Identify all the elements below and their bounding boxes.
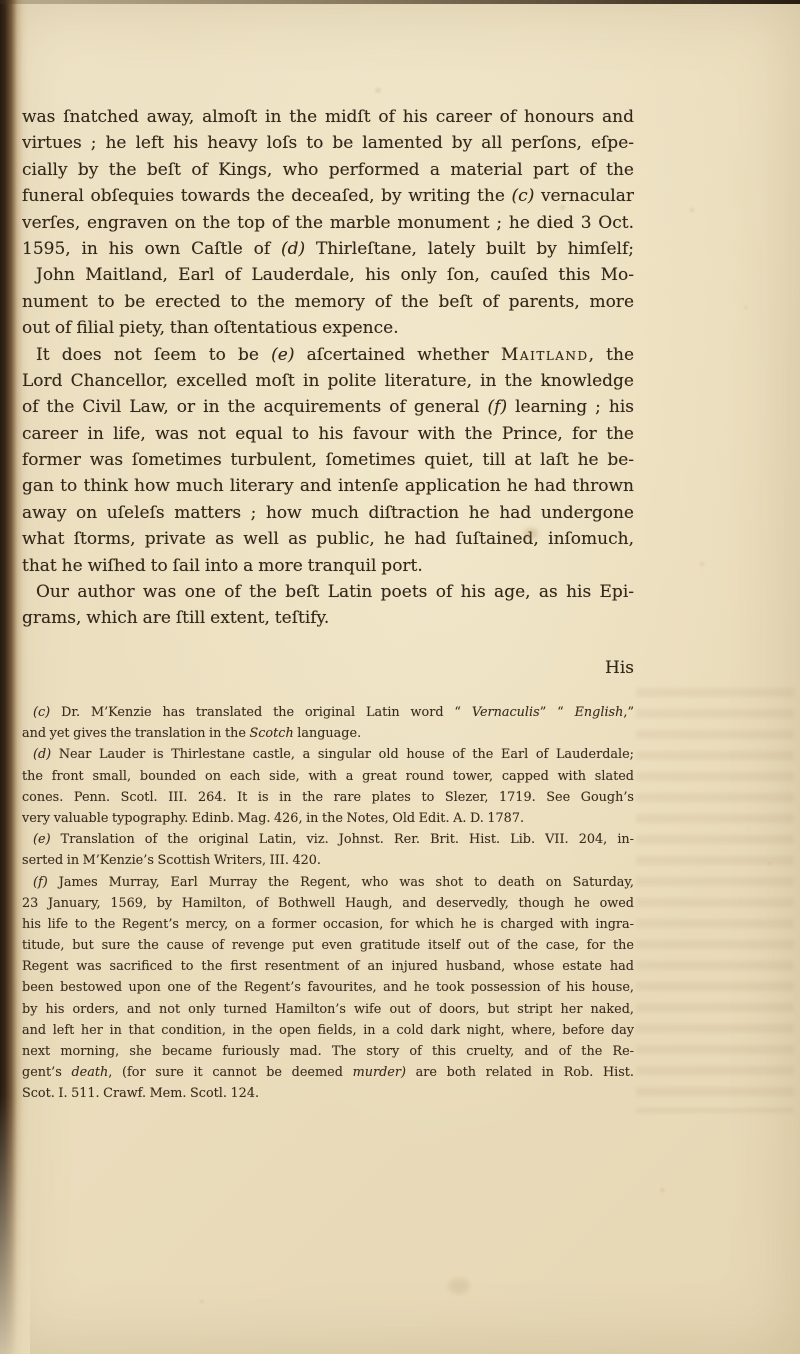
- text-segment: aſcertained whether: [294, 345, 501, 365]
- text-segment: Thirleſtane, lately built by himſelf;: [305, 239, 634, 259]
- paper-stain: [448, 1278, 470, 1294]
- book-page-scan: was ſnatched away, almoſt in the midſt o…: [0, 0, 800, 1354]
- text-segment: (f): [22, 875, 48, 890]
- text-segment: and yet gives the translation in the: [22, 726, 250, 741]
- text-segment: cially by the beſt of Kings, who perform…: [22, 160, 634, 180]
- foxing-spot: [700, 562, 704, 566]
- text-line: titude, but sure the cause of revenge pu…: [22, 935, 634, 956]
- text-line: of the Civil Law, or in the acquirements…: [22, 394, 634, 420]
- foxing-spot: [660, 1188, 665, 1192]
- text-line: his life to the Regent’s mercy, on a for…: [22, 914, 634, 935]
- text-segment: was ſnatched away, almoſt in the midſt o…: [22, 107, 634, 127]
- text-line: that he wiſhed to ſail into a more tranq…: [22, 553, 634, 579]
- text-segment: of the Civil Law, or in the acquirements…: [22, 397, 488, 417]
- text-segment: Dr. M’Kenzie has translated the original…: [50, 705, 472, 720]
- text-line: Regent was sacrificed to the first resen…: [22, 956, 634, 977]
- text-segment: (e): [271, 345, 294, 365]
- text-segment: death: [71, 1065, 108, 1080]
- text-line: John Maitland, Earl of Lauderdale, his o…: [22, 262, 634, 288]
- text-line: serted in M’Kenzie’s Scottish Writers, I…: [22, 850, 634, 871]
- text-segment: funeral obſequies towards the deceaſed, …: [22, 186, 512, 206]
- text-line: (c) Dr. M’Kenzie has translated the orig…: [22, 702, 634, 723]
- text-line: by his orders, and not only turned Hamil…: [22, 999, 634, 1020]
- main-body-text: was ſnatched away, almoſt in the midſt o…: [22, 104, 634, 632]
- text-line: Scot. I. 511. Crawf. Mem. Scotl. 124.: [22, 1083, 634, 1104]
- ink-smudge: [524, 528, 538, 539]
- text-line: Lord Chancellor, excelled moſt in polite…: [22, 368, 634, 394]
- text-segment: ,”: [623, 705, 634, 720]
- text-segment: away on uſeleſs matters ; how much diſtr…: [22, 503, 634, 523]
- text-segment: language.: [294, 726, 361, 741]
- catchword: His: [22, 658, 634, 678]
- text-segment: Scotch: [250, 726, 294, 741]
- text-segment: been bestowed upon one of the Regent’s f…: [22, 980, 634, 995]
- text-segment: next morning, she became furiously mad. …: [22, 1044, 634, 1059]
- text-segment: that he wiſhed to ſail into a more tranq…: [22, 556, 423, 576]
- text-line: It does not ſeem to be (e) aſcertained w…: [22, 342, 634, 368]
- text-segment: his life to the Regent’s mercy, on a for…: [22, 917, 634, 932]
- text-line: out of filial piety, than oſtentatious e…: [22, 315, 634, 341]
- text-line: former was ſometimes turbulent, ſometime…: [22, 447, 634, 473]
- text-segment: Maitland: [501, 345, 589, 365]
- text-segment: 1595, in his own Caſtle of: [22, 239, 281, 259]
- text-line: cones. Penn. Scotl. III. 264. It is in t…: [22, 787, 634, 808]
- text-segment: (c): [512, 186, 535, 206]
- text-segment: (d): [22, 747, 51, 762]
- text-segment: gan to think how much literary and inten…: [22, 476, 634, 496]
- text-segment: virtues ; he left his heavy loſs to be l…: [22, 133, 634, 153]
- foxing-spot: [768, 862, 771, 865]
- text-segment: murder): [353, 1065, 406, 1080]
- foxing-spot: [560, 205, 565, 210]
- text-line: away on uſeleſs matters ; how much diſtr…: [22, 500, 634, 526]
- text-segment: the front small, bounded on each side, w…: [22, 769, 634, 784]
- text-line: cially by the beſt of Kings, who perform…: [22, 157, 634, 183]
- text-line: nument to be erected to the memory of th…: [22, 289, 634, 315]
- verso-show-through: [636, 688, 794, 1113]
- text-segment: career in life, was not equal to his fav…: [22, 424, 634, 444]
- text-line: 1595, in his own Caſtle of (d) Thirleſta…: [22, 236, 634, 262]
- text-line: gan to think how much literary and inten…: [22, 473, 634, 499]
- text-line: career in life, was not equal to his fav…: [22, 421, 634, 447]
- text-segment: Lord Chancellor, excelled moſt in polite…: [22, 371, 634, 391]
- text-segment: It does not ſeem to be: [22, 345, 271, 365]
- text-segment: gent’s: [22, 1065, 71, 1080]
- text-segment: Translation of the original Latin, viz. …: [51, 832, 634, 847]
- text-segment: Scot. I. 511. Crawf. Mem. Scotl. 124.: [22, 1086, 259, 1101]
- text-segment: very valuable typography. Edinb. Mag. 42…: [22, 811, 524, 826]
- text-segment: 23 January, 1569, by Hamilton, of Bothwe…: [22, 896, 634, 911]
- text-segment: , the: [589, 345, 634, 365]
- text-segment: James Murray, Earl Murray the Regent, wh…: [48, 875, 634, 890]
- text-line: very valuable typography. Edinb. Mag. 42…: [22, 808, 634, 829]
- text-line: the front small, bounded on each side, w…: [22, 766, 634, 787]
- text-line: (e) Translation of the original Latin, v…: [22, 829, 634, 850]
- text-segment: nument to be erected to the memory of th…: [22, 292, 634, 312]
- text-segment: Regent was sacrificed to the first resen…: [22, 959, 634, 974]
- text-segment: (d): [281, 239, 305, 259]
- foxing-spot: [375, 88, 381, 93]
- text-segment: Near Lauder is Thirlestane castle, a sin…: [51, 747, 634, 762]
- page-gutter-fade: [0, 1094, 30, 1354]
- text-segment: learning ; his: [507, 397, 634, 417]
- text-segment: Vernaculis: [472, 705, 540, 720]
- foxing-spot: [744, 306, 747, 309]
- text-line: and yet gives the translation in the Sco…: [22, 723, 634, 744]
- page-top-edge-shadow: [0, 0, 800, 4]
- text-segment: cones. Penn. Scotl. III. 264. It is in t…: [22, 790, 634, 805]
- text-line: what ſtorms, private as well as public, …: [22, 526, 634, 552]
- text-segment: titude, but sure the cause of revenge pu…: [22, 938, 634, 953]
- text-segment: vernacular: [534, 186, 634, 206]
- text-line: funeral obſequies towards the deceaſed, …: [22, 183, 634, 209]
- text-segment: , (for sure it cannot be deemed: [108, 1065, 352, 1080]
- text-line: next morning, she became furiously mad. …: [22, 1041, 634, 1062]
- text-segment: grams, which are ſtill extent, teſtify.: [22, 608, 329, 628]
- text-segment: serted in M’Kenzie’s Scottish Writers, I…: [22, 853, 321, 868]
- text-segment: what ſtorms, private as well as public, …: [22, 529, 634, 549]
- text-line: was ſnatched away, almoſt in the midſt o…: [22, 104, 634, 130]
- text-segment: and left her in that condition, in the o…: [22, 1023, 634, 1038]
- text-segment: verſes, engraven on the top of the marbl…: [22, 213, 634, 233]
- text-line: and left her in that condition, in the o…: [22, 1020, 634, 1041]
- text-segment: English: [575, 705, 624, 720]
- text-line: 23 January, 1569, by Hamilton, of Bothwe…: [22, 893, 634, 914]
- text-line: been bestowed upon one of the Regent’s f…: [22, 977, 634, 998]
- text-segment: Our author was one of the beſt Latin poe…: [22, 582, 634, 602]
- text-segment: out of filial piety, than oſtentatious e…: [22, 318, 399, 338]
- text-segment: John Maitland, Earl of Lauderdale, his o…: [22, 265, 634, 285]
- text-segment: former was ſometimes turbulent, ſometime…: [22, 450, 634, 470]
- footnotes-block: (c) Dr. M’Kenzie has translated the orig…: [22, 702, 634, 1105]
- text-line: Our author was one of the beſt Latin poe…: [22, 579, 634, 605]
- text-line: virtues ; he left his heavy loſs to be l…: [22, 130, 634, 156]
- foxing-spot: [690, 208, 694, 212]
- text-line: (f) James Murray, Earl Murray the Regent…: [22, 872, 634, 893]
- text-segment: ” “: [540, 705, 575, 720]
- text-line: gent’s death, (for sure it cannot be dee…: [22, 1062, 634, 1083]
- text-segment: (c): [22, 705, 50, 720]
- text-segment: are both related in Rob. Hist.: [406, 1065, 634, 1080]
- text-line: (d) Near Lauder is Thirlestane castle, a…: [22, 744, 634, 765]
- foxing-spot: [200, 1300, 204, 1303]
- text-segment: (e): [22, 832, 51, 847]
- text-line: grams, which are ſtill extent, teſtify.: [22, 605, 634, 631]
- text-line: verſes, engraven on the top of the marbl…: [22, 210, 634, 236]
- text-segment: (f): [488, 397, 508, 417]
- text-segment: by his orders, and not only turned Hamil…: [22, 1002, 634, 1017]
